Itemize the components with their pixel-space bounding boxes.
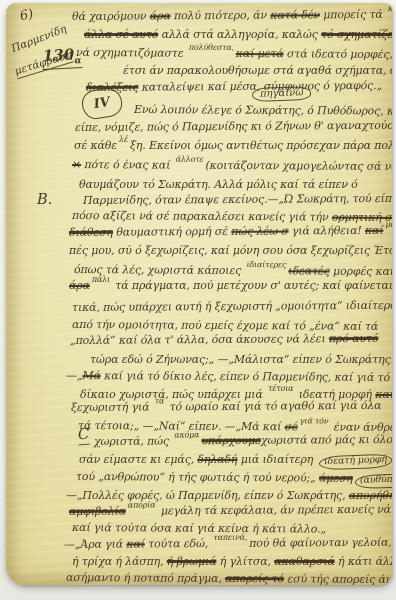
manuscript-line: ή τρίχα ή λάσπη, ή βρωμιά ή γλίτσα, ακαθ… <box>72 556 392 569</box>
text-segment: πές μου, σύ ό ξεχωρίζεις, καί μόνη σου ό… <box>69 244 392 257</box>
text-segment: σέ κάθε <box>74 139 117 152</box>
inserted-correction: άλλοτε <box>176 155 204 164</box>
text-segment: ή τρίχα ή λάσπη, <box>72 555 167 568</box>
manuscript-line: —„Άρα γιά καί τούτα εδώ, ταπεινά,πού θά … <box>64 536 392 551</box>
manuscript-line: πές μου, σύ ό ξεχωρίζεις, καί μόνη σου ό… <box>69 245 392 258</box>
struck-text: αμφιβολία <box>69 505 126 518</box>
text-segment: τικά, πώς υπάρχει αυτή ή ξεχωριστή „ομοι… <box>72 299 392 314</box>
struck-text: σέ <box>285 420 298 433</box>
text-segment: τό ωραίο καί γιά τό αγαθό καί γιά όλα <box>166 399 381 414</box>
section-roman-label: IV <box>93 95 111 112</box>
struck-text: Μά <box>82 369 100 382</box>
struck-text: δηλαδή <box>197 453 237 466</box>
inserted-correction: πολύθεστα, <box>189 43 234 52</box>
text-segment: „πολλά“ καί όλα τ' άλλα, όσα άκουσες νά … <box>70 332 329 347</box>
manuscript-line: ξεχωριστή γιά τά τό ωραίο καί γιά τό αγα… <box>71 400 382 415</box>
inserted-correction: λέ <box>119 135 128 144</box>
text-segment: πόσο αξίζει νά σέ παρακαλέσει κανείς γιά… <box>72 209 332 224</box>
manuscript-line: νά σχηματιζόμαστε πολύθεστα,καί μετά στά… <box>76 47 392 62</box>
text-segment: πολύ πιότερο, άν <box>171 9 271 23</box>
manuscript-line: αμφιβολίααπορία μεγάλη τά κεφάλαια, άν π… <box>69 503 392 518</box>
struck-text: × <box>72 158 81 171</box>
struck-text: ιδεατές <box>288 264 329 277</box>
text-segment: εσύ τής απορείς άν <box>284 572 392 585</box>
inserted-correction: απορία <box>128 500 156 509</box>
stephanus-reference: 130α <box>41 45 82 70</box>
inserted-correction: μα/ <box>385 220 392 229</box>
inserted-correction: τέτοια <box>268 384 293 393</box>
manuscript-line: τού „ανθρώπου“ ή τής φωτιάς ή τού νερού;… <box>76 471 392 488</box>
text-segment: έτσι άν παρακολουθήσωμε στά αγαθά σχήματ… <box>123 64 392 77</box>
text-segment: θαυμαστική ορμή σέ <box>113 225 231 239</box>
text-segment: χωριστά, πώς <box>94 434 172 448</box>
struck-text: άμεση <box>319 471 353 484</box>
text-segment: τά πράγματα, πού μετέχουν σ' αυτές; καί … <box>112 279 392 292</box>
text-segment: στά ιδεατό μορφές, καί όσες <box>284 47 392 61</box>
text-segment: (κοιτάζονταν χαμογελώντας σά νά <box>205 159 392 173</box>
manuscript-line: πόσο αξίζει νά σέ παρακαλέσει κανείς γιά… <box>72 210 392 225</box>
inserted-correction: ακόμα <box>174 430 199 439</box>
struck-text: άλλα σέ αυτό <box>84 28 158 41</box>
text-segment: μορφές καί χωριστά <box>330 265 392 279</box>
text-segment: ή κάτι άλλο <box>335 555 392 568</box>
inserted-correction: τά <box>155 396 165 405</box>
inserted-correction: ιδιαίτερες <box>246 260 286 269</box>
manuscript-line: θαυμάζουν τό Σωκράτη. Αλλά μόλις καί τά … <box>79 179 358 192</box>
stephanus-number: 130 <box>42 45 74 65</box>
struck-text: πώς λέω σ <box>231 224 288 237</box>
text-segment: τού „ανθρώπου“ ή τής φωτιάς ή τού νερού;… <box>76 470 319 484</box>
manuscript-line: Παρμενίδης, όταν έπαψε εκείνος.—„Ώ Σωκρά… <box>83 193 392 208</box>
manuscript-line: άραπάλι τά πράγματα, πού μετέχουν σ' αυτ… <box>69 280 392 293</box>
text-segment: πότε ό ένας καί <box>81 158 174 172</box>
text-segment: καί γιά τό δίκιο λές, είπεν ό Παρμενίδης… <box>101 369 390 384</box>
struck-text: απορήθηκα <box>349 489 392 502</box>
text-segment: καί γιά τούτα όσα καί γιά κείνα ή κάτι ά… <box>72 521 326 536</box>
stephanus-letter: α <box>74 56 81 66</box>
manuscript-line: θά χαιρόμουν άρα πολύ πιότερο, άν κατά δ… <box>72 8 392 23</box>
struck-text: καί μετά <box>236 47 284 60</box>
text-segment: Ενώ λοιπόν έλεγε ό Σωκράτης, ό Πυθόδωρος… <box>134 103 392 118</box>
inserted-correction: πάλι <box>92 275 110 284</box>
manuscript-line: άλλα σέ αυτό αλλά στά αλληγορία, καλώς τ… <box>84 29 392 42</box>
text-segment: μιά ιδιαίτερη <box>237 453 316 466</box>
margin-mark-b: B. <box>37 192 52 208</box>
struck-text: πρό αυτό <box>329 332 379 345</box>
text-segment: γιά αλήθεια! <box>289 224 365 238</box>
screenshot-root: { "colors": { "paper": "#eae3b0", "ink":… <box>0 0 396 600</box>
struck-text: άρα <box>150 9 171 22</box>
inserted-correction: ταπεινά, <box>213 533 247 542</box>
text-segment: πού θά φαίνονταν γελοία, όπως <box>249 535 392 549</box>
struck-text: υπάρχουμε <box>201 434 261 447</box>
text-segment: —„Άρα γιά <box>64 538 126 551</box>
struck-text: άρα <box>69 279 90 292</box>
text-segment: —„Πολλές φορές, ώ Παρμενίδη, είπεν ό Σωκ… <box>66 489 349 502</box>
margin-mark-c: C <box>77 425 90 446</box>
text-segment: από τήν ομοιότητα, πού εμείς έχομε καί τ… <box>72 318 378 333</box>
struck-text: καί <box>126 537 145 550</box>
struck-text: απορείς τό <box>225 572 284 585</box>
manuscript-line: όπως τά λές, χωριστά κάποιες ιδιαίτερεςι… <box>74 264 392 279</box>
manuscript-line: Ενώ λοιπόν έλεγε ό Σωκράτης, ό Πυθόδωρος… <box>134 104 392 118</box>
manuscript-line: έτσι άν παρακολουθήσωμε στά αγαθά σχήματ… <box>123 65 392 78</box>
manuscript-line: διάθεση θαυμαστική ορμή σέ πώς λέω σ γιά… <box>69 225 392 240</box>
struck-text: καί <box>365 224 384 237</box>
struck-text: κατά δέν <box>270 8 320 21</box>
text-segment: μπορείς τά <box>320 8 386 21</box>
struck-text: ακαθαρσιά <box>274 555 335 568</box>
struck-text: διάθεση <box>69 226 113 239</box>
manuscript-line: × πότε ό ένας καί άλλοτε(κοιτάζονταν χαμ… <box>72 159 392 174</box>
text-segment: ή γλίτσα, <box>216 555 274 568</box>
text-segment: ξεχωριστή γιά <box>71 400 153 414</box>
text-segment: σάν είμαστε κι εμάς, <box>79 453 197 466</box>
manuscript-line: καί γιά τούτα όσα καί γιά κείνα ή κάτι ά… <box>72 522 326 536</box>
text-segment: τούτα εδώ, <box>145 537 212 550</box>
manuscript-line: διαλέξεις καταλείψει καί μέσα, σύμφωνος … <box>86 80 382 95</box>
circled-word: (αυθύπαρκτη) <box>355 473 392 489</box>
manuscript-line: σέ κάθελέξη. Εκείνοι όμως αντιθέτως πρόσ… <box>74 140 392 153</box>
manuscript-line: σάν είμαστε κι εμάς, δηλαδή μιά ιδιαίτερ… <box>79 454 391 469</box>
manuscript-line: „πολλά“ καί όλα τ' άλλα, όσα άκουσες νά … <box>70 333 378 348</box>
circled-word: ιδεατή μορφή <box>318 454 391 470</box>
text-segment: νά σχηματιζόμαστε <box>76 46 187 60</box>
page-number: 6) <box>19 7 35 24</box>
text-segment: τώρα εδώ ό Ζήνωνας;„ —„Μάλιστα“ είπεν ό … <box>90 353 392 366</box>
text-segment: είπε, νόμιζε, πώς ό Παρμενίδης κι ό Ζήνω… <box>75 119 392 134</box>
manuscript-line: —„Πολλές φορές, ώ Παρμενίδη, είπεν ό Σωκ… <box>66 490 392 503</box>
inserted-correction: γιά τόν <box>300 416 329 425</box>
text-segment: ξη. Εκείνοι όμως αντιθέτως πρόσεχαν πάρα… <box>130 139 392 152</box>
text-segment: μεγάλη τά κεφάλαια, άν πρέπει κανείς νά … <box>157 502 392 517</box>
struck-text: τό σχηματίζει σωρό <box>321 28 392 41</box>
manuscript-line: τώρα εδώ ό Ζήνωνας;„ —„Μάλιστα“ είπεν ό … <box>90 354 392 367</box>
text-segment: αλλά στά αλληγορία, καλώς <box>158 28 321 41</box>
manuscript-line: ασήμαντο ή ποταπό πράγμα, απορείς τό εσύ… <box>66 572 392 585</box>
text-segment: χωριστά από μάς κι όλοι τού άλλο <box>261 433 392 447</box>
text-segment: ασήμαντο ή ποταπό πράγμα, <box>66 571 225 585</box>
manuscript-line: τικά, πώς υπάρχει αυτή ή ξεχωριστή „ομοι… <box>72 300 392 315</box>
text-segment: —„ <box>66 369 82 382</box>
manuscript-line: —„Μά καί γιά τό δίκιο λές, είπεν ό Παρμε… <box>66 370 390 385</box>
manuscript-page: 6) Παρμενίδη μετάφραση 130α IV πηγαίνω B… <box>6 3 392 585</box>
text-segment: Παρμενίδης, όταν έπαψε εκείνος.—„Ώ Σωκρά… <box>83 192 392 207</box>
inserted-correction: καθώς <box>388 4 392 13</box>
struck-text: ή βρωμιά <box>167 555 217 568</box>
struck-text: ορμητική σ <box>332 211 392 224</box>
manuscript-line: είπε, νόμιζε, πώς ό Παρμενίδης κι ό Ζήνω… <box>75 120 392 135</box>
text-segment: θαυμάζουν τό Σωκράτη. Αλλά μόλις καί τά … <box>79 178 358 191</box>
manuscript-line: χωριστά, πώς ακόμαυπάρχουμεχωριστά από μ… <box>94 434 392 449</box>
manuscript-text: θά χαιρόμουν άρα πολύ πιότερο, άν κατά δ… <box>6 3 392 585</box>
text-segment: θά χαιρόμουν <box>72 9 150 23</box>
